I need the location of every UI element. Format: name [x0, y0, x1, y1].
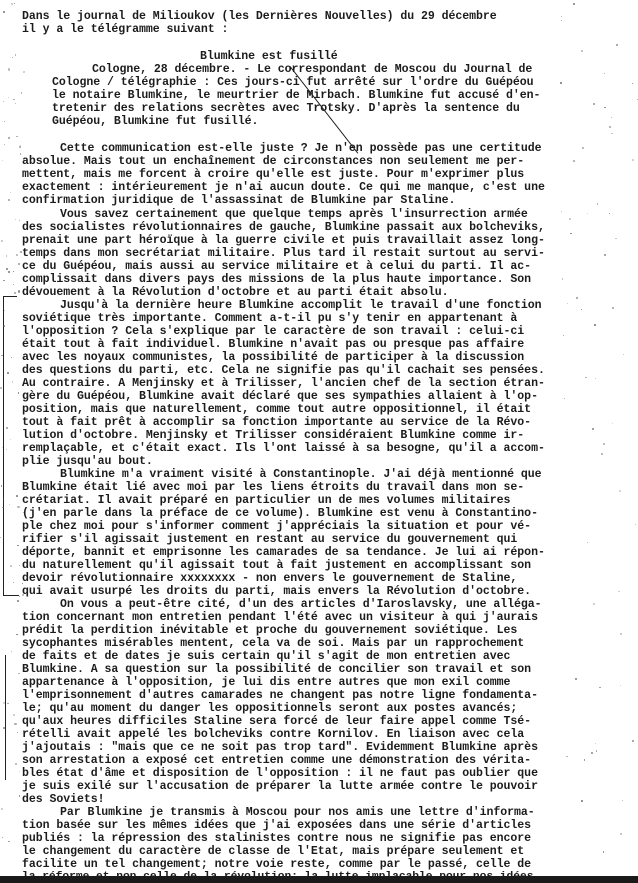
paragraph-line: je suis exilé sur l'accusation de prépar… [22, 780, 538, 793]
scan-speck [593, 103, 595, 105]
scan-speck [6, 255, 8, 257]
paragraph-line: Blumkine. A sa question sur la possibili… [22, 663, 531, 676]
paragraph-line: dévouement à la Révolution d'octobre et … [22, 286, 449, 299]
intro-line-2: il y a le télégramme suivant : [22, 23, 228, 36]
scan-speck [8, 97, 9, 98]
scan-speck [15, 763, 17, 765]
margin-bracket-bottom [3, 595, 19, 596]
scan-speck [611, 117, 612, 118]
scan-speck [619, 490, 621, 492]
scan-speck [3, 325, 5, 327]
paragraph-line: publiés : la répression des stalinistes … [22, 832, 531, 845]
scan-speck [4, 121, 5, 122]
scan-speck [595, 743, 596, 744]
scan-speck [8, 199, 10, 201]
paragraph-line: j'ajoutais : "mais que ce ne soit pas tr… [22, 741, 538, 754]
paragraph-line: soviétique très importante. Comment a-t-… [22, 312, 517, 325]
scan-speck [10, 192, 11, 193]
scan-speck [587, 213, 588, 214]
scan-speck [592, 428, 594, 430]
scan-speck [604, 73, 605, 74]
scan-speck [570, 233, 572, 235]
scan-speck [3, 591, 4, 592]
scan-speck [3, 702, 5, 704]
scan-speck [19, 220, 21, 222]
scan-speck [591, 752, 593, 754]
scan-speck [7, 703, 8, 704]
margin-line-right [5, 655, 6, 780]
scan-speck [6, 427, 8, 429]
scan-speck [563, 335, 564, 336]
scan-speck [19, 146, 21, 148]
scan-speck [604, 107, 605, 108]
paragraph-line: tion concernant mon entretien pendant l'… [22, 611, 538, 624]
scan-speck [3, 101, 4, 102]
paragraph-line: tout à fait prêt à accomplir sa fonction… [22, 416, 531, 429]
scan-speck [13, 714, 15, 716]
scan-speck [10, 439, 11, 440]
paragraph-line: des Soviets! [22, 793, 105, 806]
scan-bottom-edge [0, 876, 638, 883]
scan-speck [1, 808, 3, 810]
scan-speck [573, 3, 575, 5]
scan-speck [576, 297, 578, 299]
paragraph-line: gère du Guépéou, Blumkine avait déclaré … [22, 390, 538, 403]
scan-speck [567, 303, 568, 304]
paragraph-line: était tout à fait individuel. Blumkine n… [22, 338, 524, 351]
paragraph-line: prédit la perdition inévitable et proche… [22, 624, 517, 637]
scan-speck [632, 159, 634, 161]
telegram-line: Guépéou, Blumkine fut fusillé. [52, 115, 258, 128]
paragraph-line: lution d'octobre. Menjinsky et Trilisser… [22, 429, 524, 442]
scan-speck [611, 133, 613, 135]
paragraph-line: avec les noyaux communistes, la possibil… [22, 351, 524, 364]
scan-speck [22, 594, 24, 596]
scan-speck [21, 92, 22, 93]
scan-speck [593, 603, 595, 605]
scan-speck [609, 126, 611, 128]
paragraph-line: bles état d'âme et disposition de l'oppo… [22, 767, 538, 780]
scan-speck [635, 524, 636, 525]
paragraph-line: absolue. Mais tout un enchaînement de ci… [22, 155, 524, 168]
paragraph-line: complissait dans divers pays des mission… [22, 273, 531, 286]
telegram-line: Cologne, 28 décembre. - Le correspondant… [92, 63, 532, 76]
scan-speck [1, 240, 2, 241]
scan-speck [564, 398, 565, 399]
paragraph-line: (j'en parle dans la préface de ce volume… [22, 507, 538, 520]
telegram-title: Blumkine est fusillé [200, 50, 338, 63]
paragraph-line: Au contraire. A Menjinsky et à Trilisser… [22, 377, 545, 390]
paragraph-line: sycophantes misérables mentent, cela va … [22, 637, 524, 650]
paragraph-line: le changement du caractère de classe de … [22, 845, 524, 858]
scan-speck [14, 3, 15, 4]
scan-speck [561, 20, 562, 21]
scan-speck [16, 634, 17, 635]
scan-speck [599, 687, 600, 688]
paragraph-line: Jusqu'à la dernière heure Blumkine accom… [60, 299, 542, 312]
typewritten-page: Dans le journal de Milioukov (les Derniè… [0, 0, 638, 883]
paragraph-line: remplaçable, et c'était exact. Ils l'ont… [22, 442, 545, 455]
paragraph-line: des questions du parti, etc. Cela ne sig… [22, 364, 545, 377]
scan-speck [573, 160, 575, 162]
paragraph-line: Blumkine m'a vraiment visité à Constanti… [60, 468, 542, 481]
scan-speck [603, 851, 605, 853]
scan-speck [8, 841, 10, 843]
scan-speck [19, 771, 20, 772]
scan-speck [3, 727, 5, 729]
scan-speck [581, 309, 582, 310]
scan-speck [581, 800, 583, 802]
scan-speck [12, 57, 13, 58]
paragraph-line: crétariat. Il avait préparé en particuli… [22, 494, 510, 507]
scan-speck [15, 219, 16, 220]
paragraph-line: l'opposition ? Cela s'explique par le ca… [22, 325, 524, 338]
paragraph-line: déporte, bannit et emprisonne les camara… [22, 546, 545, 559]
telegram-line: tretenir des relations secrètes avec Tro… [52, 102, 520, 115]
paragraph-line: mettent, mais me forcent à croire qu'ell… [22, 168, 524, 181]
scan-speck [597, 203, 599, 205]
scan-speck [9, 504, 10, 505]
scan-speck [582, 147, 584, 149]
paragraph-line: du naturellement qu'il agissait tout à f… [22, 559, 531, 572]
scan-speck [616, 44, 617, 45]
scan-speck [603, 443, 605, 445]
scan-speck [622, 800, 623, 801]
scan-speck [8, 137, 10, 139]
scan-speck [620, 633, 622, 635]
scan-speck [562, 278, 563, 279]
paragraph-line: rételli avait appelé les bolcheviks cont… [22, 728, 524, 741]
scan-speck [612, 307, 614, 309]
scan-speck [609, 213, 610, 214]
scan-speck [11, 651, 12, 652]
paragraph-line: tion basée sur les mêmes idées que j'ai … [22, 819, 531, 832]
scan-speck [18, 673, 20, 675]
scan-speck [604, 254, 606, 256]
scan-speck [12, 381, 14, 383]
scan-speck [18, 263, 20, 265]
paragraph-line: facilite un tel changement; notre voie r… [22, 858, 531, 871]
scan-speck [612, 423, 613, 424]
scan-speck [6, 268, 8, 270]
scan-speck [8, 271, 10, 273]
paragraph-line: exactement : intérieurement je n'ai aucu… [22, 181, 545, 194]
paragraph-line: rifier s'il agissait justement en restan… [22, 533, 517, 546]
paragraph-line: ce du Guépéou, mais aussi au service mil… [22, 260, 531, 273]
scan-speck [561, 16, 562, 17]
scan-speck [561, 211, 562, 212]
scan-speck [8, 68, 10, 70]
paragraph-line: l'emprisonnement d'autres camarades ne c… [22, 689, 538, 702]
scan-speck [13, 284, 14, 285]
scan-speck [18, 290, 20, 292]
scan-speck [18, 392, 20, 394]
scan-speck [17, 545, 18, 546]
paragraph-line: ple chez moi pour s'informer comment j'a… [22, 520, 531, 533]
paragraph-line: temps dans mon secrétariat militaire. Pl… [22, 247, 545, 260]
scan-speck [560, 82, 562, 84]
scan-speck [17, 600, 19, 602]
scan-speck [3, 11, 5, 13]
scan-speck [13, 582, 14, 583]
intro-line-1: Dans le journal de Milioukov (les Derniè… [22, 10, 497, 23]
scan-speck [4, 144, 5, 145]
scan-speck [14, 292, 16, 294]
scan-speck [10, 565, 12, 567]
scan-speck [13, 99, 14, 100]
scan-speck [3, 280, 5, 282]
scan-speck [594, 324, 596, 326]
scan-speck [632, 740, 634, 742]
scan-speck [7, 372, 9, 374]
scan-speck [11, 357, 12, 358]
paragraph-line: le; qu'au moment du danger les oppositio… [22, 702, 517, 715]
paragraph-line: appartenance à l'opposition, je lui dis … [22, 676, 510, 689]
scan-speck [615, 238, 617, 240]
scan-speck [575, 678, 577, 680]
scan-speck [601, 453, 603, 455]
scan-speck [632, 83, 633, 84]
telegram-line: le notaire Blumkine, le meurtrier de Mir… [52, 89, 540, 102]
scan-speck [19, 795, 20, 796]
scan-speck [20, 153, 21, 154]
paragraph-line: son arrestation a exposé cet entretien c… [22, 754, 531, 767]
scan-speck [0, 537, 1, 538]
scan-speck [595, 378, 596, 379]
scan-speck [566, 756, 568, 758]
scan-speck [17, 732, 18, 733]
scan-speck [3, 498, 5, 500]
paragraph-line: Vous savez certainement que quelque temp… [60, 208, 528, 221]
paragraph-line: plie jusqu'au bout. [22, 455, 153, 468]
scan-speck [620, 685, 622, 687]
scan-speck [584, 759, 586, 761]
scan-speck [596, 750, 598, 752]
paragraph-line: prenait une part héroïque à la guerre ci… [22, 234, 545, 247]
scan-speck [585, 377, 586, 378]
scan-speck [15, 54, 17, 56]
scan-speck [4, 310, 5, 311]
paragraph-line: de faits et de dates je suis certain qu'… [22, 650, 510, 663]
paragraph-line: position, mais que naturellement, comme … [22, 403, 531, 416]
paragraph-line: On vous a peut-être cité, d'un des artic… [60, 598, 542, 611]
paragraph-line: Blumkine était lié avec moi par les lien… [22, 481, 524, 494]
margin-bracket-vertical [3, 296, 4, 596]
scan-speck [19, 565, 20, 566]
scan-speck [2, 160, 3, 161]
paragraph-line: Cette communication est-elle juste ? Je … [60, 142, 542, 155]
scan-speck [16, 136, 18, 138]
margin-bracket-top [3, 296, 17, 297]
scan-speck [16, 495, 18, 497]
scan-speck [618, 591, 620, 593]
scan-speck [569, 218, 570, 219]
paragraph-line: confirmation juridique de l'assassinat d… [22, 194, 455, 207]
paragraph-line: qu'aux heures difficiles Staline sera fo… [22, 715, 531, 728]
paragraph-line: Par Blumkine je transmis à Moscou pour n… [60, 806, 535, 819]
scan-speck [0, 387, 2, 389]
scan-speck [16, 254, 18, 256]
scan-speck [13, 271, 14, 272]
scan-speck [581, 50, 583, 52]
scan-speck [11, 3, 13, 5]
scan-speck [19, 596, 20, 597]
telegram-line: Cologne / télégraphie : Ces jours-ci fut… [52, 76, 534, 89]
paragraph-line: qui avait usurpé les droits du parti, ma… [22, 585, 531, 598]
scan-speck [17, 506, 19, 508]
paragraph-line: des socialistes révolutionnaires de gauc… [22, 221, 545, 234]
scan-speck [15, 103, 16, 104]
scan-speck [14, 723, 16, 725]
scan-speck [587, 542, 588, 543]
scan-speck [2, 837, 4, 839]
scan-speck [6, 449, 8, 451]
paragraph-line: devoir révolutionnaire xxxxxxxx - non en… [22, 572, 517, 585]
scan-speck [23, 71, 25, 73]
scan-speck [623, 354, 624, 355]
scan-speck [620, 833, 622, 835]
